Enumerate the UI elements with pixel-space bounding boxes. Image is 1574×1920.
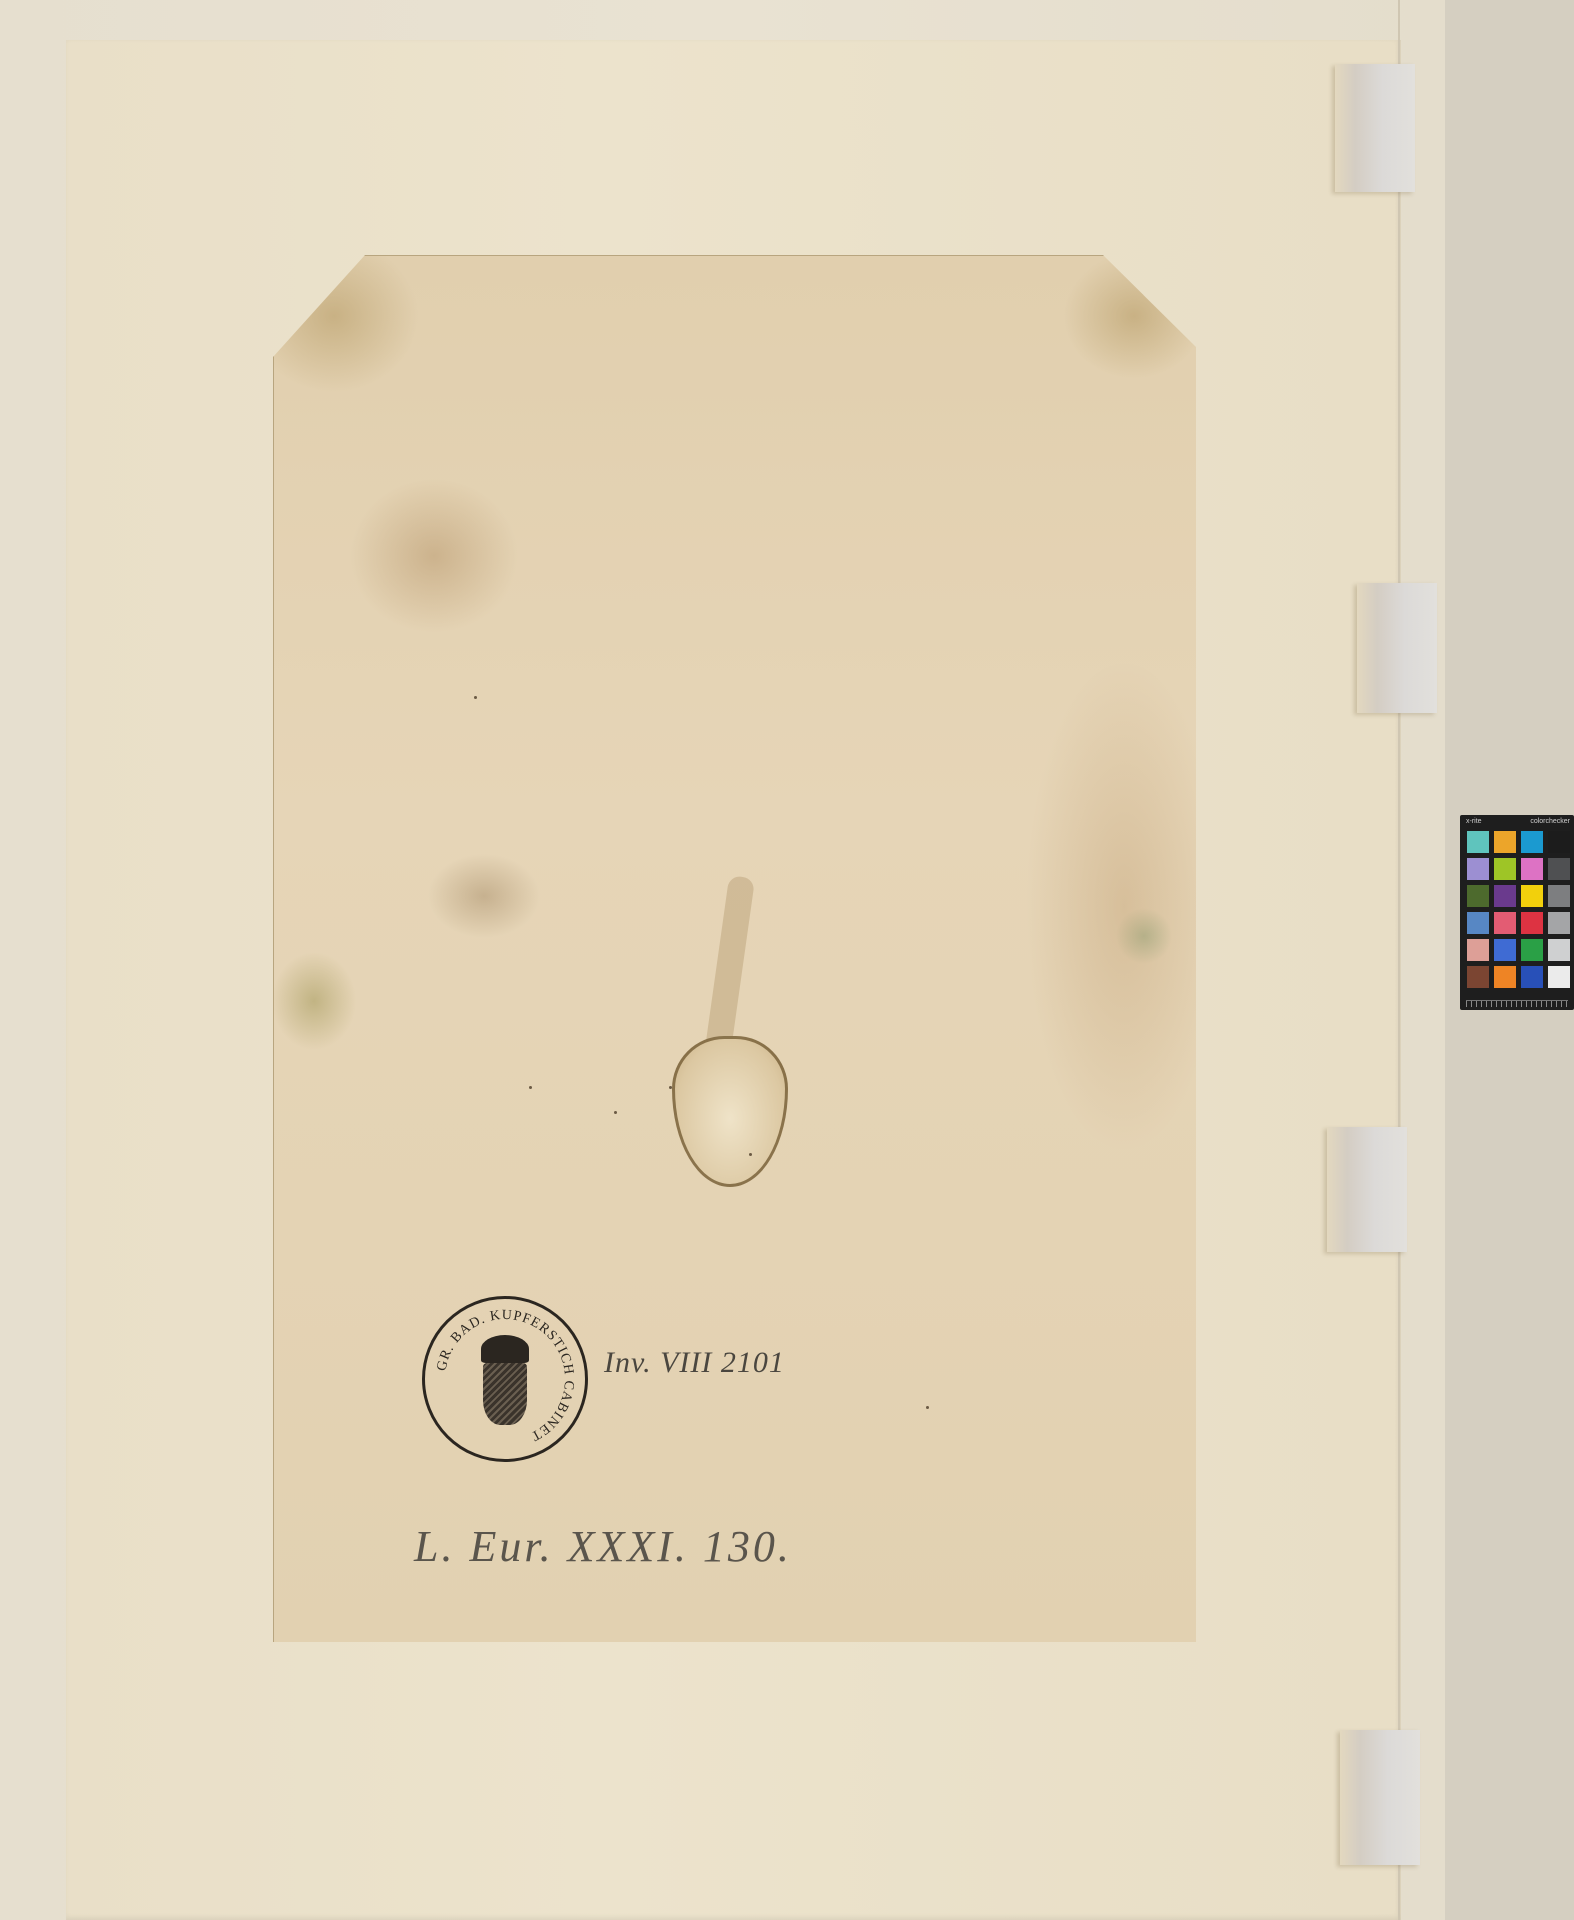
crown-and-shield-crest-icon [477, 1335, 533, 1429]
color-patch [1494, 966, 1516, 988]
color-patch [1548, 912, 1570, 934]
color-patch [1467, 912, 1489, 934]
color-patch [1521, 885, 1543, 907]
color-patch [1467, 831, 1489, 853]
drawing-verso-card: GR. BAD. KUPFERSTICH CABINET Inv. VIII 2… [273, 255, 1198, 1644]
color-patch [1467, 858, 1489, 880]
color-patch [1521, 831, 1543, 853]
collection-stamp: GR. BAD. KUPFERSTICH CABINET [422, 1296, 588, 1462]
color-patch [1521, 966, 1543, 988]
color-patch [1494, 939, 1516, 961]
color-patch [1548, 831, 1570, 853]
color-patch [1548, 966, 1570, 988]
color-patch [1521, 858, 1543, 880]
color-patch [1467, 885, 1489, 907]
hinge-tape-2 [1357, 583, 1437, 713]
hinge-tape-3 [1327, 1127, 1407, 1252]
hinge-tape-1 [1335, 64, 1415, 192]
stain-drop [672, 1036, 788, 1187]
checker-brand: x-rite [1466, 818, 1482, 825]
checker-ruler [1466, 1000, 1568, 1007]
inventory-inscription: Inv. VIII 2101 [604, 1346, 785, 1380]
checker-patch-grid [1467, 831, 1571, 995]
water-stain [664, 816, 784, 1196]
crown-icon [481, 1335, 529, 1363]
color-patch [1494, 912, 1516, 934]
foxing-spot [749, 1153, 752, 1156]
foxing-spot [669, 1086, 672, 1089]
color-patch [1521, 939, 1543, 961]
color-checker-chart: x-rite colorchecker [1460, 815, 1574, 1010]
color-patch [1521, 912, 1543, 934]
mount-edge [1398, 0, 1400, 1920]
lower-inscription: L. Eur. XXXI. 130. [414, 1521, 792, 1572]
color-patch [1494, 858, 1516, 880]
foxing-spot [614, 1111, 617, 1114]
color-patch [1548, 885, 1570, 907]
color-patch [1548, 858, 1570, 880]
color-patch [1494, 831, 1516, 853]
foxing-spot [529, 1086, 532, 1089]
checker-title: colorchecker [1530, 818, 1570, 825]
color-patch [1548, 939, 1570, 961]
hinge-tape-4 [1340, 1730, 1420, 1865]
color-patch [1467, 966, 1489, 988]
shield-icon [483, 1363, 527, 1425]
color-patch [1494, 885, 1516, 907]
color-patch [1467, 939, 1489, 961]
foxing-spot [926, 1406, 929, 1409]
foxing-spot [474, 696, 477, 699]
